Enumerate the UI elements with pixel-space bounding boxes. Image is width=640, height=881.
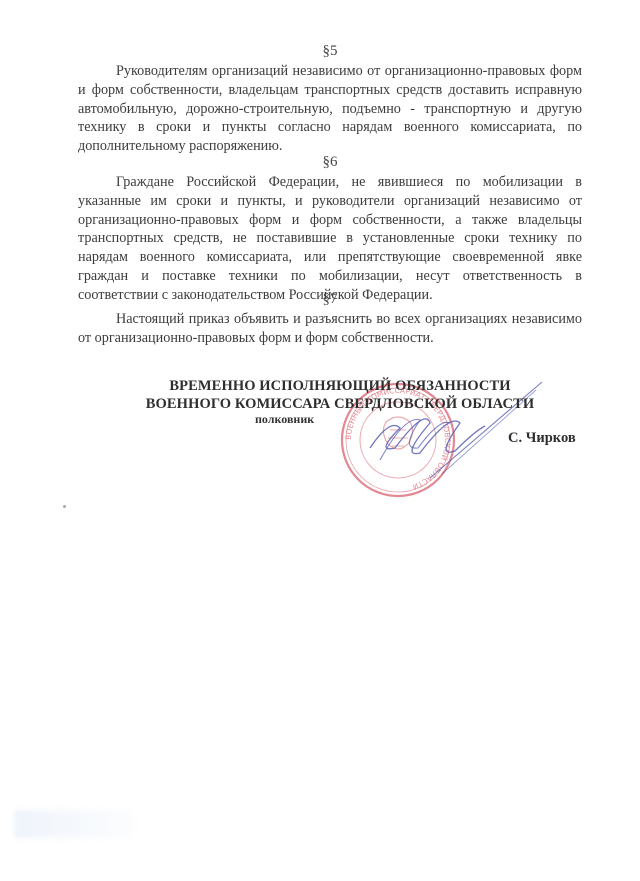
section-6-text: Граждане Российской Федерации, не явивши…: [78, 173, 582, 305]
scan-speck: [63, 505, 66, 508]
section-7-text: Настоящий приказ объявить и разъяснить в…: [78, 310, 582, 348]
signatory-rank: полковник: [255, 412, 314, 427]
section-6-mark: §6: [78, 153, 582, 171]
scan-bleedthrough: [14, 810, 134, 838]
signatory-name: С. Чирков: [508, 430, 576, 447]
document-page: §5 Руководителям организаций независимо …: [0, 0, 640, 881]
signatory-title-line-1: ВРЕМЕННО ИСПОЛНЯЮЩИЙ ОБЯЗАННОСТИ: [130, 377, 550, 395]
section-5-text: Руководителям организаций независимо от …: [78, 62, 582, 156]
section-7-mark: §7: [78, 290, 582, 308]
signatory-title-line-2: ВОЕННОГО КОМИССАРА СВЕРДЛОВСКОЙ ОБЛАСТИ: [130, 395, 550, 413]
section-5-mark: §5: [78, 42, 582, 60]
